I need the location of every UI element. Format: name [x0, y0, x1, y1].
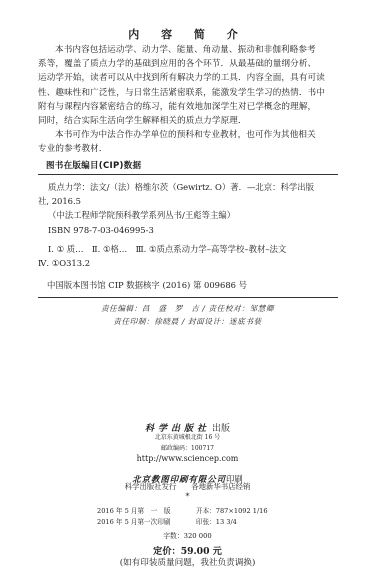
cip-line: Ⅰ. ① 质… Ⅱ. ①格… Ⅲ. ①质点系动力学–高等学校–教材–法文: [38, 242, 338, 256]
summary-title: 内 容 简 介: [0, 26, 375, 42]
cip-top-rule: [38, 174, 338, 175]
publisher-address: 北京东黄城根北街 16 号: [0, 432, 375, 441]
copyright-page: 内 容 简 介 本书内容包括运动学、动力学、能量、角动量、振动和非伽利略参考 系…: [0, 0, 375, 580]
edition-row-1: 2016 年 5 月第 一 版 开本：787×1092 1/16: [97, 505, 170, 515]
printing: 2016 年 5 月第一次印刷: [97, 518, 170, 526]
edition-row-2: 2016 年 5 月第一次印刷 印张：13 3/4: [97, 516, 170, 526]
postcode: 邮政编码：100717: [0, 443, 375, 452]
summary-paragraph-2: 本书可作为中法合作办学单位的预科和专业教材，也可作为其他相关 专业的参考教材．: [38, 128, 338, 156]
word-count: 字数：320 000: [0, 530, 375, 540]
text-line: 性、趣味性和广泛性，与日常生活紧密联系，能激发学生学习的热情．书中: [38, 86, 338, 100]
cip-line: 社, 2016.5: [38, 194, 338, 208]
page-format: 开本：787×1092 1/16: [196, 505, 268, 515]
cip-line: 质点力学：法文/（法）格维尔茨（Gewirtz. O）著．—北京：科学出版: [38, 180, 338, 194]
distribution: 科学出版社发行 各地新华书店经销: [0, 481, 375, 492]
text-line: 同时，结合实际生活向学生解释相关的质点力学原理．: [38, 114, 338, 128]
text-line: 本书内容包括运动学、动力学、能量、角动量、振动和非伽利略参考: [38, 43, 338, 57]
cip-heading: 图书在版编目(CIP)数据: [46, 159, 141, 171]
cip-line: （中法工程师学院预科教学系列丛书/王彪等主编）: [38, 208, 338, 222]
text-line: 系等，覆盖了质点力学的基础到应用的各个环节．从最基础的量纲分析、: [38, 57, 338, 71]
cip-line: ISBN 978-7-03-046995-3: [38, 223, 338, 237]
separator-star: *: [0, 492, 375, 501]
text-line: 附有与课程内容紧密结合的练习，能有效地加深学生对已学概念的理解，: [38, 100, 338, 114]
edition: 2016 年 5 月第 一 版: [97, 507, 170, 515]
credits-editors: 责任编辑：昌 盛 罗 吉 / 责任校对：邹慧卿: [0, 302, 375, 315]
printed-sheets: 印张：13 3/4: [196, 516, 237, 526]
summary-paragraph-1: 本书内容包括运动学、动力学、能量、角动量、振动和非伽利略参考 系等，覆盖了质点力…: [38, 43, 338, 128]
cip-record: 质点力学：法文/（法）格维尔茨（Gewirtz. O）著．—北京：科学出版 社,…: [38, 180, 338, 270]
credits: 责任编辑：昌 盛 罗 吉 / 责任校对：邹慧卿 责任印制：徐晓晨 / 封面设计：…: [0, 302, 375, 328]
cip-record-number: 中国版本图书馆 CIP 数据核字 (2016) 第 009686 号: [47, 279, 247, 291]
publisher-url: http://www.sciencep.com: [0, 454, 375, 463]
text-line: 本书可作为中法合作办学单位的预科和专业教材，也可作为其他相关: [38, 128, 338, 142]
cip-line: Ⅳ. ①O313.2: [38, 256, 338, 270]
quality-note: (如有印装质量问题，我社负责调换): [0, 556, 375, 568]
cip-bottom-rule: [38, 297, 338, 298]
price: 定价：59.00 元: [0, 543, 375, 557]
text-line: 专业的参考教材．: [38, 142, 338, 156]
credits-production: 责任印制：徐晓晨 / 封面设计：迷底书装: [0, 315, 375, 328]
text-line: 运动学开始，读者可以从中找到所有解决力学的工具．内容全面，具有可读: [38, 71, 338, 85]
